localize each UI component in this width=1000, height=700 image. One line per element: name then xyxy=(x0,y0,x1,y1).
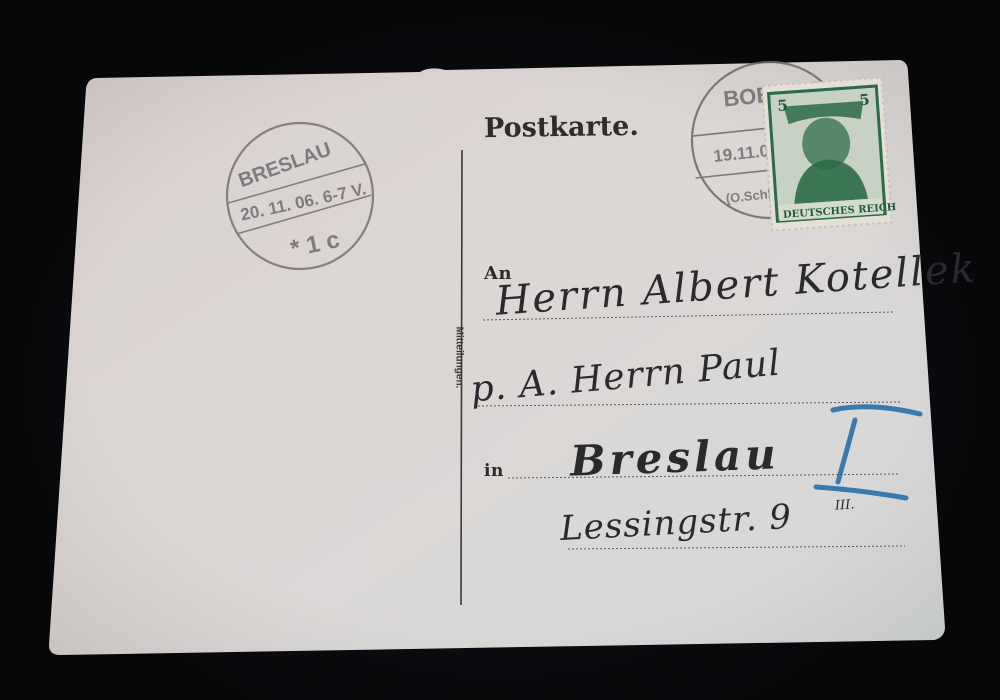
postcard-title: Postkarte. xyxy=(484,111,639,144)
svg-text:5: 5 xyxy=(859,91,871,110)
postcard: BRESLAU 20. 11. 06. 6-7 V. * 1 c BOBREK … xyxy=(0,0,1000,700)
mitteilungen-label: Mitteilungen. xyxy=(453,327,464,389)
address-label-in: in xyxy=(484,461,504,481)
floor-suffix: III. xyxy=(835,497,856,513)
postage-stamp: 5 5 DEUTSCHES REICH xyxy=(762,77,897,230)
city-line: Breslau xyxy=(569,429,780,485)
svg-text:5: 5 xyxy=(777,96,789,115)
